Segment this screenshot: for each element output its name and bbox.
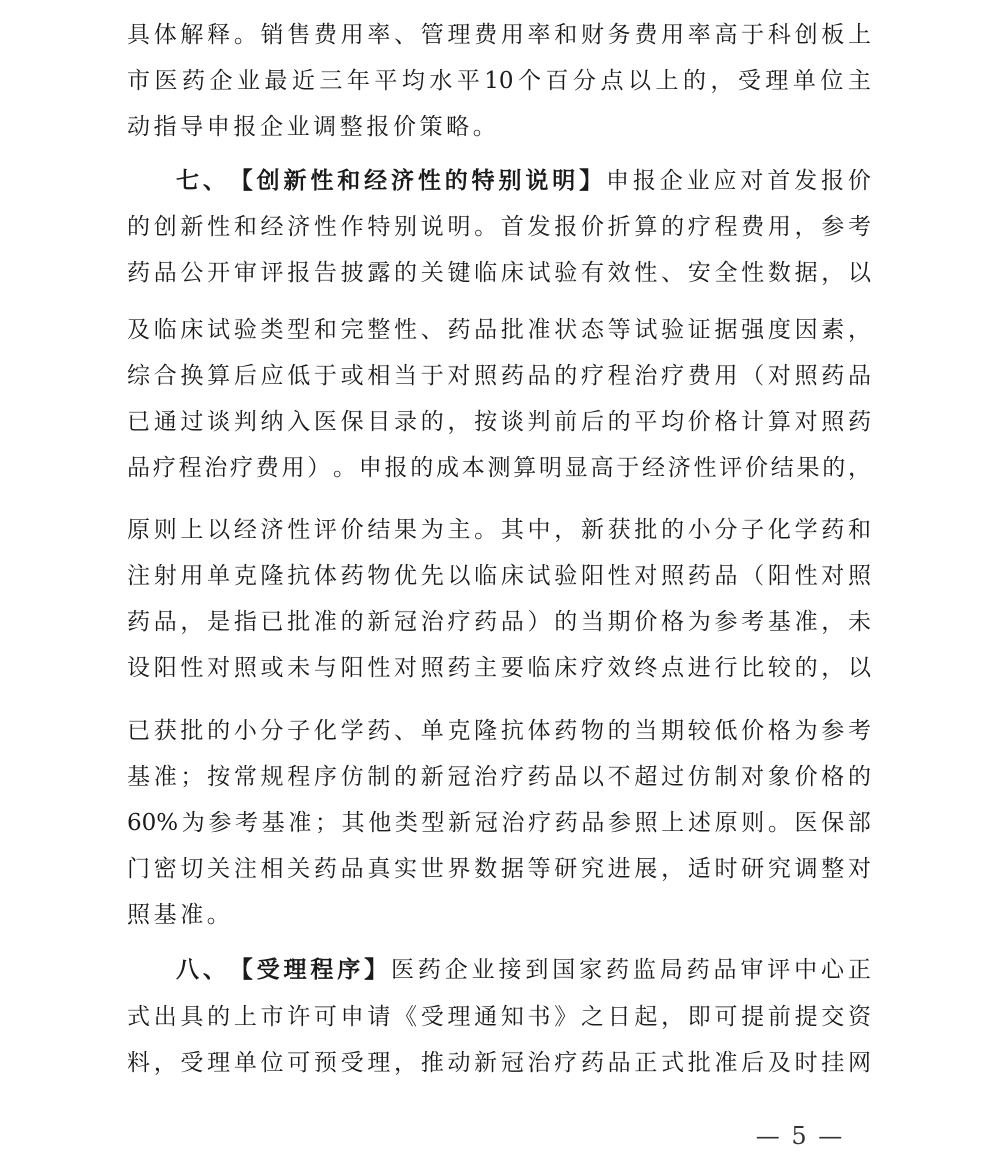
section-heading-char: 】 (579, 164, 602, 198)
text-line: 的创新性和经济性作特别说明。首发报价折算的疗程费用，参考 (127, 210, 871, 244)
text-line: 动指导申报企业调整报价策略。 (127, 110, 871, 144)
text-line: 已获批的小分子化学药、单克隆抗体药物的当期较低价格为参考 (127, 714, 871, 748)
section-heading-char: 【 (230, 164, 253, 198)
text-line: 注射用单克隆抗体药物优先以临床试验阳性对照药品（阳性对照 (127, 559, 871, 593)
section-heading-char: 程 (310, 953, 333, 987)
page-number: — 5 — (745, 1122, 855, 1150)
text-line: 料，受理单位可预受理，推动新冠治疗药品正式批准后及时挂网 (127, 1046, 871, 1080)
section-heading-char: 理 (284, 953, 307, 987)
text-line: 原则上以经济性评价结果为主。其中，新获批的小分子化学药和 (127, 513, 871, 547)
section-heading-char: 【 (230, 953, 253, 987)
text-line: 七、【创新性和经济性的特别说明】申报企业应对首发报价 (176, 164, 871, 198)
text-line: 照基准。 (127, 898, 871, 932)
section-heading-char: 说 (525, 164, 548, 198)
section-heading-char: 别 (499, 164, 522, 198)
section-heading-char: 的 (445, 164, 468, 198)
section-heading-char: 、 (203, 164, 226, 198)
text-line: 市医药企业最近三年平均水平10个百分点以上的，受理单位主 (127, 64, 871, 98)
text-line: 门密切关注相关药品真实世界数据等研究进展，适时研究调整对 (127, 852, 871, 886)
text-line: 及临床试验类型和完整性、药品批准状态等试验证据强度因素， (127, 313, 871, 347)
text-line: 药品，是指已批准的新冠治疗药品）的当期价格为参考基准，未 (127, 605, 871, 639)
section-heading-char: 七 (176, 164, 199, 198)
section-heading-char: 经 (364, 164, 387, 198)
text-line: 式出具的上市许可申请《受理通知书》之日起，即可提前提交资 (127, 1000, 871, 1034)
section-heading-char: 明 (552, 164, 575, 198)
text-line: 综合换算后应低于或相当于对照药品的疗程治疗费用（对照药品 (127, 359, 871, 393)
text-line: 基准；按常规程序仿制的新冠治疗药品以不超过仿制对象价格的 (127, 760, 871, 794)
text-line: 已通过谈判纳入医保目录的，按谈判前后的平均价格计算对照药 (127, 405, 871, 439)
section-heading-char: 新 (284, 164, 307, 198)
text-line: 品疗程治疗费用）。申报的成本测算明显高于经济性评价结果的， (127, 451, 871, 485)
text-line: 60%为参考基准；其他类型新冠治疗药品参照上述原则。医保部 (127, 806, 871, 840)
section-heading-char: 序 (337, 953, 360, 987)
section-heading-char: 】 (364, 953, 387, 987)
text-line: 设阳性对照或未与阳性对照药主要临床疗效终点进行比较的，以 (127, 651, 871, 685)
section-heading-char: 和 (337, 164, 360, 198)
section-heading-char: 性 (418, 164, 441, 198)
section-heading-char: 、 (203, 953, 226, 987)
section-heading-char: 受 (257, 953, 280, 987)
section-heading-char: 济 (391, 164, 414, 198)
text-line: 具体解释。销售费用率、管理费用率和财务费用率高于科创板上 (127, 18, 871, 52)
section-heading-char: 创 (257, 164, 280, 198)
section-heading-char: 特 (472, 164, 495, 198)
text-line: 八、【受理程序】医药企业接到国家药监局药品审评中心正 (176, 953, 871, 987)
section-heading-char: 性 (310, 164, 333, 198)
document-page: 具体解释。销售费用率、管理费用率和财务费用率高于科创板上市医药企业最近三年平均水… (0, 0, 1000, 1168)
text-line: 药品公开审评报告披露的关键临床试验有效性、安全性数据，以 (127, 256, 871, 290)
section-heading-char: 八 (176, 953, 199, 987)
